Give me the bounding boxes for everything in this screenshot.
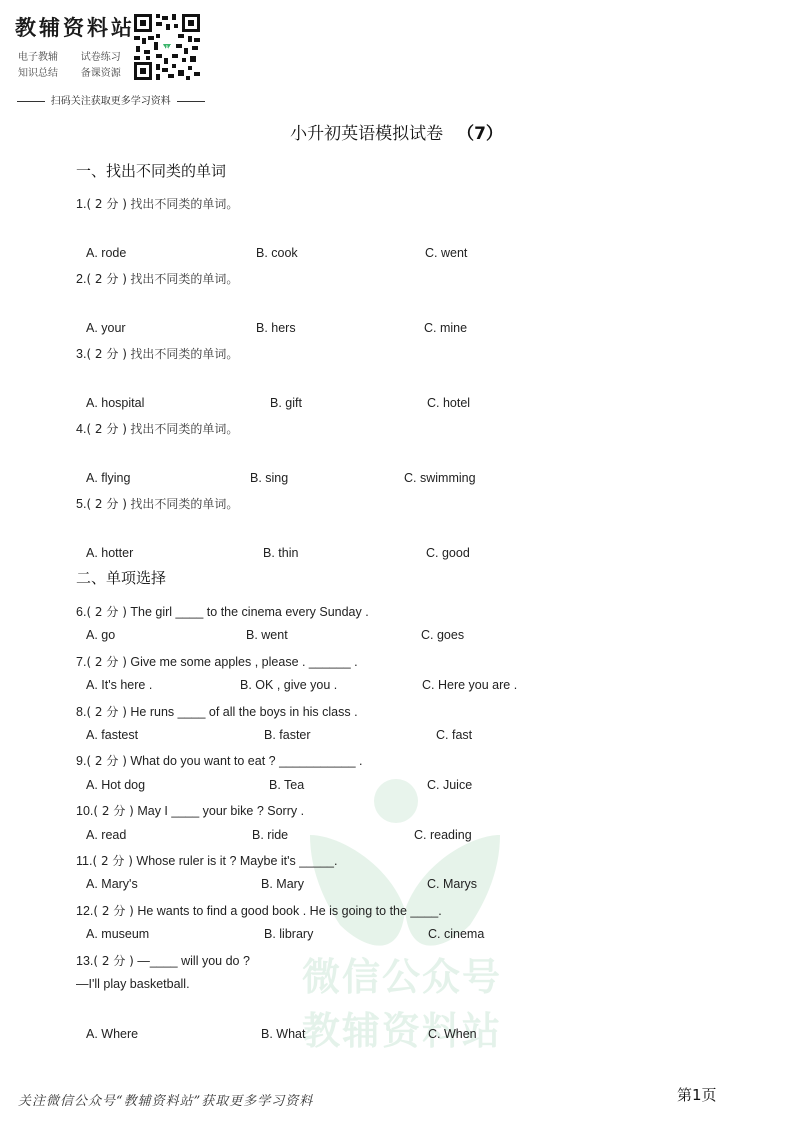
option-13b[interactable]: B. What — [261, 1027, 305, 1041]
option-4b[interactable]: B. sing — [250, 471, 288, 485]
option-4c[interactable]: C. swimming — [404, 471, 476, 485]
question-10: 10.( 2 分 ) May I ____ your bike ? Sorry … — [76, 802, 304, 819]
option-8b[interactable]: B. faster — [264, 728, 311, 742]
section-heading-2: 二、单项选择 — [76, 567, 166, 588]
scan-prompt: 扫码关注获取更多学习资料 — [14, 92, 208, 107]
option-5c[interactable]: C. good — [426, 546, 470, 560]
question-8: 8.( 2 分 ) He runs ____ of all the boys i… — [76, 703, 358, 720]
option-13c[interactable]: C. When — [428, 1027, 477, 1041]
option-10b[interactable]: B. ride — [252, 828, 288, 842]
divider — [17, 101, 45, 102]
option-13a[interactable]: A. Where — [86, 1027, 138, 1041]
question-2: 2.( 2 分 ) 找出不同类的单词。 — [76, 270, 238, 287]
section-heading-1: 一、找出不同类的单词 — [76, 160, 226, 181]
option-5a[interactable]: A. hotter — [86, 546, 133, 560]
page-title: 小升初英语模拟试卷（7） — [0, 119, 793, 144]
question-3: 3.( 2 分 ) 找出不同类的单词。 — [76, 345, 238, 362]
footer-note: 关注微信公众号“教辅资料站”获取更多学习资料 — [18, 1090, 313, 1109]
option-1c[interactable]: C. went — [425, 246, 467, 260]
question-11: 11.( 2 分 ) Whose ruler is it ? Maybe it'… — [76, 852, 337, 869]
option-9a[interactable]: A. Hot dog — [86, 778, 145, 792]
option-6b[interactable]: B. went — [246, 628, 288, 642]
question-5: 5.( 2 分 ) 找出不同类的单词。 — [76, 495, 238, 512]
option-8c[interactable]: C. fast — [436, 728, 472, 742]
option-12b[interactable]: B. library — [264, 927, 313, 941]
option-1a[interactable]: A. rode — [86, 246, 126, 260]
question-12: 12.( 2 分 ) He wants to find a good book … — [76, 902, 442, 919]
option-2a[interactable]: A. your — [86, 321, 126, 335]
option-2b[interactable]: B. hers — [256, 321, 296, 335]
option-9b[interactable]: B. Tea — [269, 778, 304, 792]
link-test-practice: 试卷练习 — [81, 50, 141, 66]
question-6: 6.( 2 分 ) The girl ____ to the cinema ev… — [76, 603, 369, 620]
brand-links: 电子教辅 试卷练习 知识总结 备课资源 — [18, 50, 141, 82]
question-9: 9.( 2 分 ) What do you want to eat ? ____… — [76, 752, 363, 769]
option-11a[interactable]: A. Mary's — [86, 877, 138, 891]
option-9c[interactable]: C. Juice — [427, 778, 472, 792]
option-3a[interactable]: A. hospital — [86, 396, 144, 410]
question-7: 7.( 2 分 ) Give me some apples , please .… — [76, 653, 358, 670]
link-knowledge-summary: 知识总结 — [18, 66, 78, 82]
qr-code-icon — [134, 14, 200, 80]
option-3b[interactable]: B. gift — [270, 396, 302, 410]
title-text: 小升初英语模拟试卷 — [290, 124, 443, 144]
option-6c[interactable]: C. goes — [421, 628, 464, 642]
option-7c[interactable]: C. Here you are . — [422, 678, 517, 692]
option-7a[interactable]: A. It's here . — [86, 678, 152, 692]
page-number: 第1页 — [677, 1084, 717, 1105]
option-2c[interactable]: C. mine — [424, 321, 467, 335]
scan-prompt-text: 扫码关注获取更多学习资料 — [51, 96, 171, 107]
link-lesson-resources: 备课资源 — [81, 66, 141, 82]
option-1b[interactable]: B. cook — [256, 246, 298, 260]
watermark-text-1: 微信公众号 — [302, 946, 502, 1001]
option-4a[interactable]: A. flying — [86, 471, 130, 485]
question-1: 1.( 2 分 ) 找出不同类的单词。 — [76, 195, 238, 212]
option-12c[interactable]: C. cinema — [428, 927, 484, 941]
option-3c[interactable]: C. hotel — [427, 396, 470, 410]
question-4: 4.( 2 分 ) 找出不同类的单词。 — [76, 420, 238, 437]
brand-title: 教辅资料站 — [15, 12, 135, 42]
question-13-response: —I'll play basketball. — [76, 977, 190, 991]
option-11b[interactable]: B. Mary — [261, 877, 304, 891]
option-10c[interactable]: C. reading — [414, 828, 472, 842]
divider — [177, 101, 205, 102]
link-e-textbook: 电子教辅 — [18, 50, 78, 66]
option-11c[interactable]: C. Marys — [427, 877, 477, 891]
option-12a[interactable]: A. museum — [86, 927, 149, 941]
option-5b[interactable]: B. thin — [263, 546, 298, 560]
option-10a[interactable]: A. read — [86, 828, 126, 842]
question-13: 13.( 2 分 ) —____ will you do ? — [76, 952, 250, 969]
title-number: （7） — [457, 124, 503, 144]
option-8a[interactable]: A. fastest — [86, 728, 138, 742]
option-7b[interactable]: B. OK , give you . — [240, 678, 337, 692]
option-6a[interactable]: A. go — [86, 628, 115, 642]
